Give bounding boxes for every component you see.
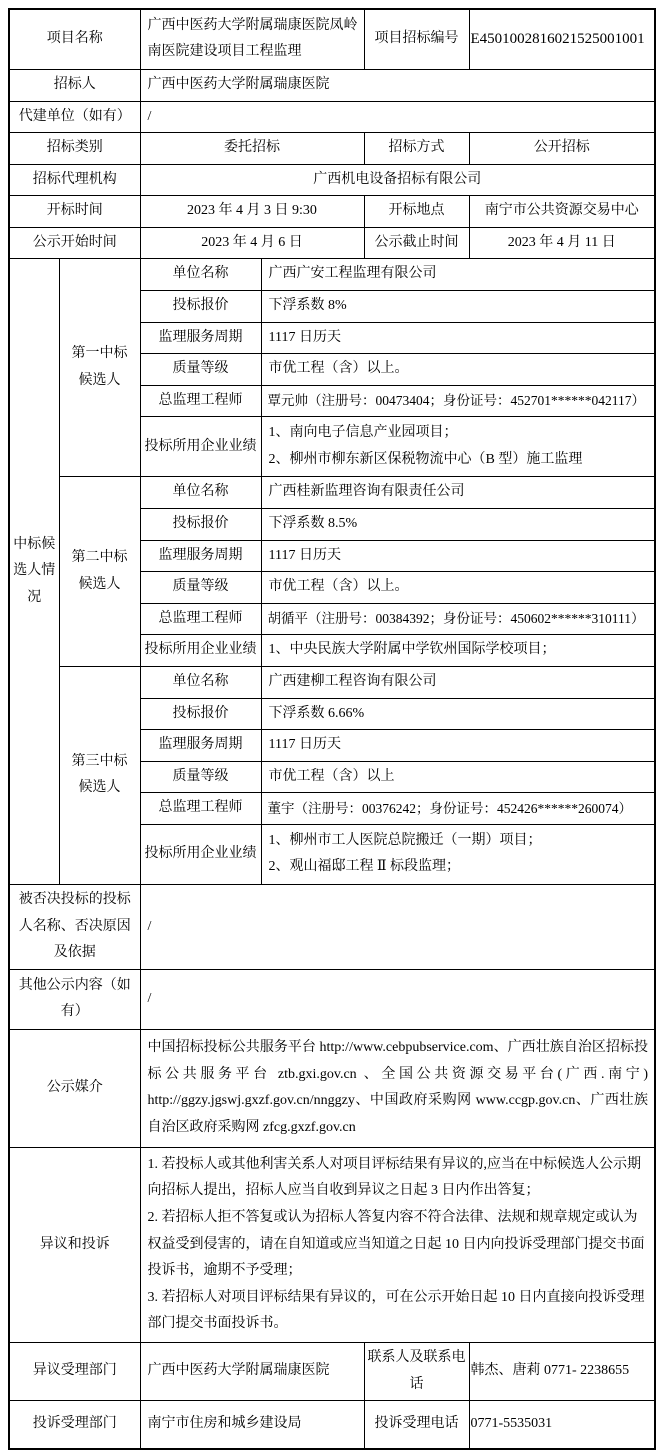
candidate-3-performance-label: 投标所用企业业绩 (140, 824, 261, 884)
performance-item: 2、柳州市柳东新区保税物流中心（B 型）施工监理 (269, 447, 653, 474)
candidate-3-engineer-value: 董宇（注册号：00376242；身份证号：452426******260074） (261, 793, 655, 825)
tender-number-value: E4501002816021525001001 (469, 9, 655, 69)
candidate-2-price-label: 投标报价 (140, 509, 261, 541)
page: 项目名称 广西中医药大学附属瑞康医院凤岭南医院建设项目工程监理 项目招标编号 E… (0, 0, 662, 1450)
candidate-2-rank: 第二中标候选人 (59, 477, 140, 667)
row-objection-dept: 异议受理部门 广西中医药大学附属瑞康医院 联系人及联系电话 韩杰、唐莉 0771… (9, 1342, 655, 1400)
performance-item: 2、观山福邸工程 Ⅱ 标段监理； (269, 854, 653, 881)
row-opening: 开标时间 2023 年 4 月 3 日 9:30 开标地点 南宁市公共资源交易中… (9, 196, 655, 228)
tender-method-label: 招标方式 (364, 133, 469, 165)
tender-category-label: 招标类别 (9, 133, 140, 165)
candidate-3-quality-value: 市优工程（含）以上 (261, 761, 655, 793)
row-c3-unit: 第三中标候选人 单位名称 广西建柳工程咨询有限公司 (9, 667, 655, 699)
candidate-1-quality-label: 质量等级 (140, 354, 261, 386)
candidates-section-title: 中标候选人情况 (9, 259, 59, 885)
complaint-phone-label: 投诉受理电话 (364, 1401, 469, 1449)
candidate-2-unit-label: 单位名称 (140, 477, 261, 509)
candidate-2-quality-value: 市优工程（含）以上。 (261, 572, 655, 604)
agent-build-label: 代建单位（如有） (9, 101, 140, 133)
row-agency: 招标代理机构 广西机电设备招标有限公司 (9, 164, 655, 196)
candidate-1-unit-label: 单位名称 (140, 259, 261, 291)
row-c2-unit: 第二中标候选人 单位名称 广西桂新监理咨询有限责任公司 (9, 477, 655, 509)
candidate-3-price-value: 下浮系数 6.66% (261, 698, 655, 730)
candidate-1-quality-value: 市优工程（含）以上。 (261, 354, 655, 386)
objection-item: 1. 若投标人或其他利害关系人对项目评标结果有异议的,应当在中标候选人公示期向招… (148, 1152, 649, 1205)
candidate-1-period-value: 1117 日历天 (261, 322, 655, 354)
row-category: 招标类别 委托招标 招标方式 公开招标 (9, 133, 655, 165)
candidate-1-performance-label: 投标所用企业业绩 (140, 417, 261, 477)
row-rejected: 被否决投标的投标人名称、否决原因及依据 / (9, 884, 655, 969)
row-complaint-dept: 投诉受理部门 南宁市住房和城乡建设局 投诉受理电话 0771-5535031 (9, 1401, 655, 1449)
candidate-1-rank: 第一中标候选人 (59, 259, 140, 477)
other-content-label: 其他公示内容（如有） (9, 969, 140, 1029)
performance-item: 1、南向电子信息产业园项目； (269, 420, 653, 447)
candidate-2-period-value: 1117 日历天 (261, 540, 655, 572)
objection-dept-value: 广西中医药大学附属瑞康医院 (140, 1342, 364, 1400)
agency-value: 广西机电设备招标有限公司 (140, 164, 655, 196)
agent-build-value: / (140, 101, 655, 133)
tender-result-table: 项目名称 广西中医药大学附属瑞康医院凤岭南医院建设项目工程监理 项目招标编号 E… (8, 8, 656, 1450)
other-content-value: / (140, 969, 655, 1029)
candidate-3-period-label: 监理服务周期 (140, 730, 261, 762)
candidate-1-price-value: 下浮系数 8% (261, 291, 655, 323)
row-project-name: 项目名称 广西中医药大学附属瑞康医院凤岭南医院建设项目工程监理 项目招标编号 E… (9, 9, 655, 69)
publicity-end-value: 2023 年 4 月 11 日 (469, 227, 655, 259)
candidate-1-engineer-label: 总监理工程师 (140, 385, 261, 417)
candidate-3-rank: 第三中标候选人 (59, 667, 140, 885)
opening-time-label: 开标时间 (9, 196, 140, 228)
contact-value: 韩杰、唐莉 0771- 2238655 (469, 1342, 655, 1400)
candidate-3-unit-label: 单位名称 (140, 667, 261, 699)
candidate-1-period-label: 监理服务周期 (140, 322, 261, 354)
candidate-1-unit-value: 广西广安工程监理有限公司 (261, 259, 655, 291)
candidate-2-period-label: 监理服务周期 (140, 540, 261, 572)
candidate-2-unit-value: 广西桂新监理咨询有限责任公司 (261, 477, 655, 509)
candidate-2-price-value: 下浮系数 8.5% (261, 509, 655, 541)
candidate-1-performance-value: 1、南向电子信息产业园项目； 2、柳州市柳东新区保税物流中心（B 型）施工监理 (261, 417, 655, 477)
candidate-3-period-value: 1117 日历天 (261, 730, 655, 762)
complaint-dept-value: 南宁市住房和城乡建设局 (140, 1401, 364, 1449)
candidate-2-engineer-label: 总监理工程师 (140, 603, 261, 635)
candidate-1-engineer-value: 覃元帅（注册号：00473404；身份证号：452701******042117… (261, 385, 655, 417)
candidate-2-performance-label: 投标所用企业业绩 (140, 635, 261, 667)
tenderer-value: 广西中医药大学附属瑞康医院 (140, 69, 655, 101)
candidate-3-price-label: 投标报价 (140, 698, 261, 730)
opening-place-label: 开标地点 (364, 196, 469, 228)
candidate-2-engineer-value: 胡循平（注册号：00384392；身份证号：450602******310111… (261, 603, 655, 635)
candidate-3-quality-label: 质量等级 (140, 761, 261, 793)
objection-item: 3. 若招标人对项目评标结果有异议的，可在公示开始日起 10 日内直接向投诉受理… (148, 1285, 649, 1338)
performance-item: 1、柳州市工人医院总院搬迁（一期）项目； (269, 828, 653, 855)
complaint-phone-value: 0771-5535031 (469, 1401, 655, 1449)
tenderer-label: 招标人 (9, 69, 140, 101)
candidate-3-performance-value: 1、柳州市工人医院总院搬迁（一期）项目； 2、观山福邸工程 Ⅱ 标段监理； (261, 824, 655, 884)
candidate-2-quality-label: 质量等级 (140, 572, 261, 604)
candidate-3-engineer-label: 总监理工程师 (140, 793, 261, 825)
rejected-bidders-value: / (140, 884, 655, 969)
rejected-bidders-label: 被否决投标的投标人名称、否决原因及依据 (9, 884, 140, 969)
publicity-start-value: 2023 年 4 月 6 日 (140, 227, 364, 259)
row-media: 公示媒介 中国招标投标公共服务平台 http://www.cebpubservi… (9, 1029, 655, 1147)
objection-complaint-value: 1. 若投标人或其他利害关系人对项目评标结果有异议的,应当在中标候选人公示期向招… (140, 1147, 655, 1342)
objection-dept-label: 异议受理部门 (9, 1342, 140, 1400)
row-c1-unit: 中标候选人情况 第一中标候选人 单位名称 广西广安工程监理有限公司 (9, 259, 655, 291)
objection-complaint-label: 异议和投诉 (9, 1147, 140, 1342)
publicity-start-label: 公示开始时间 (9, 227, 140, 259)
row-publicity: 公示开始时间 2023 年 4 月 6 日 公示截止时间 2023 年 4 月 … (9, 227, 655, 259)
candidate-2-performance-value: 1、中央民族大学附属中学钦州国际学校项目； (261, 635, 655, 667)
performance-item: 1、中央民族大学附属中学钦州国际学校项目； (269, 637, 653, 664)
opening-place-value: 南宁市公共资源交易中心 (469, 196, 655, 228)
candidate-3-unit-value: 广西建柳工程咨询有限公司 (261, 667, 655, 699)
project-name-value: 广西中医药大学附属瑞康医院凤岭南医院建设项目工程监理 (140, 9, 364, 69)
row-other: 其他公示内容（如有） / (9, 969, 655, 1029)
publicity-media-value: 中国招标投标公共服务平台 http://www.cebpubservice.co… (140, 1029, 655, 1147)
row-tenderer: 招标人 广西中医药大学附属瑞康医院 (9, 69, 655, 101)
project-name-label: 项目名称 (9, 9, 140, 69)
complaint-dept-label: 投诉受理部门 (9, 1401, 140, 1449)
row-agent-build: 代建单位（如有） / (9, 101, 655, 133)
contact-label: 联系人及联系电话 (364, 1342, 469, 1400)
tender-number-label: 项目招标编号 (364, 9, 469, 69)
tender-method-value: 公开招标 (469, 133, 655, 165)
objection-item: 2. 若招标人拒不答复或认为招标人答复内容不符合法律、法规和规章规定或认为权益受… (148, 1205, 649, 1285)
candidate-1-price-label: 投标报价 (140, 291, 261, 323)
agency-label: 招标代理机构 (9, 164, 140, 196)
publicity-media-label: 公示媒介 (9, 1029, 140, 1147)
tender-category-value: 委托招标 (140, 133, 364, 165)
row-objection: 异议和投诉 1. 若投标人或其他利害关系人对项目评标结果有异议的,应当在中标候选… (9, 1147, 655, 1342)
opening-time-value: 2023 年 4 月 3 日 9:30 (140, 196, 364, 228)
publicity-end-label: 公示截止时间 (364, 227, 469, 259)
